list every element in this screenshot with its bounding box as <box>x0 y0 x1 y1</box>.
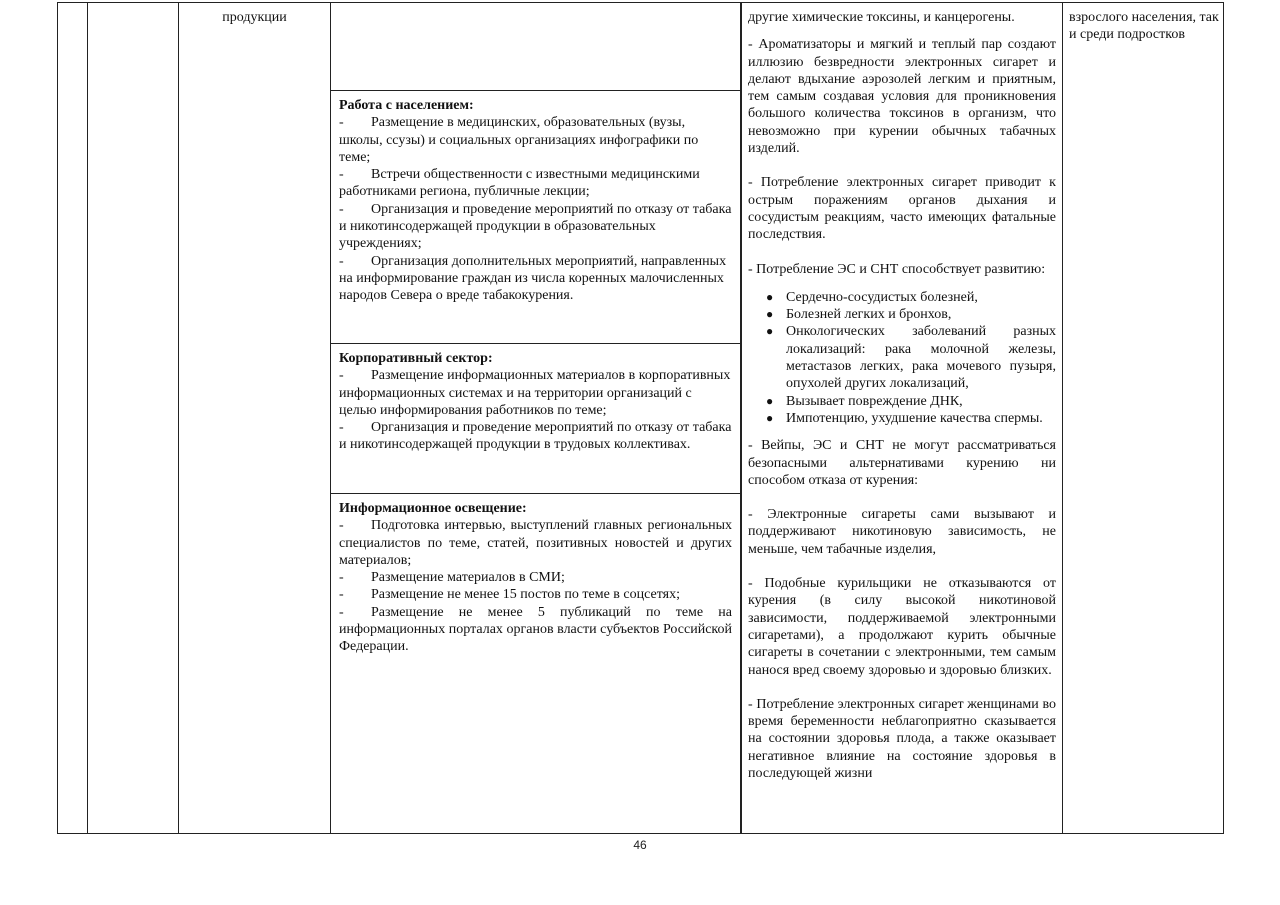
media-item: -Размещение не менее 5 публикаций по тем… <box>339 604 732 656</box>
table-column-2 <box>87 2 178 834</box>
arguments-text: другие химические токсины, и канцерогены… <box>748 9 1056 799</box>
argument-paragraph: - Потребление электронных сигарет привод… <box>748 174 1056 243</box>
corporate-item: -Организация и проведение мероприятий по… <box>339 419 732 454</box>
document-page: продукции Работа с населением: -Размещен… <box>0 0 1280 905</box>
table-column-measures: Работа с населением: -Размещение в медиц… <box>330 2 741 834</box>
argument-paragraph: - Ароматизаторы и мягкий и теплый пар со… <box>748 36 1056 157</box>
measures-cell-media: Информационное освещение: -Подготовка ин… <box>331 494 741 833</box>
media-item: -Размещение материалов в СМИ; <box>339 569 732 586</box>
bullet-item: ●Вызывает повреждение ДНК, <box>786 393 1056 410</box>
section-title-media: Информационное освещение: <box>339 500 732 517</box>
argument-paragraph: - Подобные курильщики не отказываются от… <box>748 575 1056 679</box>
bullet-icon: ● <box>766 306 773 323</box>
media-item: -Размещение не менее 15 постов по теме в… <box>339 586 732 603</box>
column6-text: взрослого населения, так и среди подрост… <box>1069 9 1219 44</box>
population-item: -Встречи общественности с известными мед… <box>339 166 732 201</box>
argument-paragraph: - Электронные сигареты сами вызывают и п… <box>748 506 1056 558</box>
corporate-item: -Размещение информационных материалов в … <box>339 367 732 419</box>
table-column-3: продукции <box>178 2 330 834</box>
section-title-corporate: Корпоративный сектор: <box>339 350 732 367</box>
bullet-icon: ● <box>766 289 773 306</box>
population-item: -Организация и проведение мероприятий по… <box>339 201 732 253</box>
measures-cell-empty <box>331 3 741 91</box>
measures-cell-corporate: Корпоративный сектор: -Размещение информ… <box>331 344 741 494</box>
population-item: -Размещение в медицинских, образовательн… <box>339 114 732 166</box>
column3-text: продукции <box>179 9 330 26</box>
bullet-item: ●Болезней легких и бронхов, <box>786 306 1056 323</box>
bullet-icon: ● <box>766 410 773 427</box>
page-number: 46 <box>0 838 1280 852</box>
section-title-population: Работа с населением: <box>339 97 732 114</box>
bullet-item: ●Сердечно-сосудистых болезней, <box>786 289 1056 306</box>
bullet-item: ●Импотенцию, ухудшение качества спермы. <box>786 410 1056 427</box>
bullet-icon: ● <box>766 323 773 340</box>
table-column-number <box>57 2 87 834</box>
disease-bullet-list: ●Сердечно-сосудистых болезней, ●Болезней… <box>748 289 1056 427</box>
argument-paragraph: другие химические токсины, и канцерогены… <box>748 9 1056 26</box>
media-item: -Подготовка интервью, выступлений главны… <box>339 517 732 569</box>
table-column-arguments: другие химические токсины, и канцерогены… <box>741 2 1062 834</box>
arguments-clip: другие химические токсины, и канцерогены… <box>742 3 1062 827</box>
measures-cell-population: Работа с населением: -Размещение в медиц… <box>331 91 741 344</box>
argument-paragraph: - Потребление электронных сигарет женщин… <box>748 696 1056 782</box>
argument-paragraph: - Потребление ЭС и СНТ способствует разв… <box>748 261 1056 278</box>
population-item: -Организация дополнительных мероприятий,… <box>339 253 732 305</box>
table-column-6: взрослого населения, так и среди подрост… <box>1062 2 1224 834</box>
bullet-icon: ● <box>766 393 773 410</box>
argument-paragraph: - Вейпы, ЭС и СНТ не могут рассматривать… <box>748 437 1056 489</box>
bullet-item: ●Онкологических заболеваний разных локал… <box>786 323 1056 392</box>
